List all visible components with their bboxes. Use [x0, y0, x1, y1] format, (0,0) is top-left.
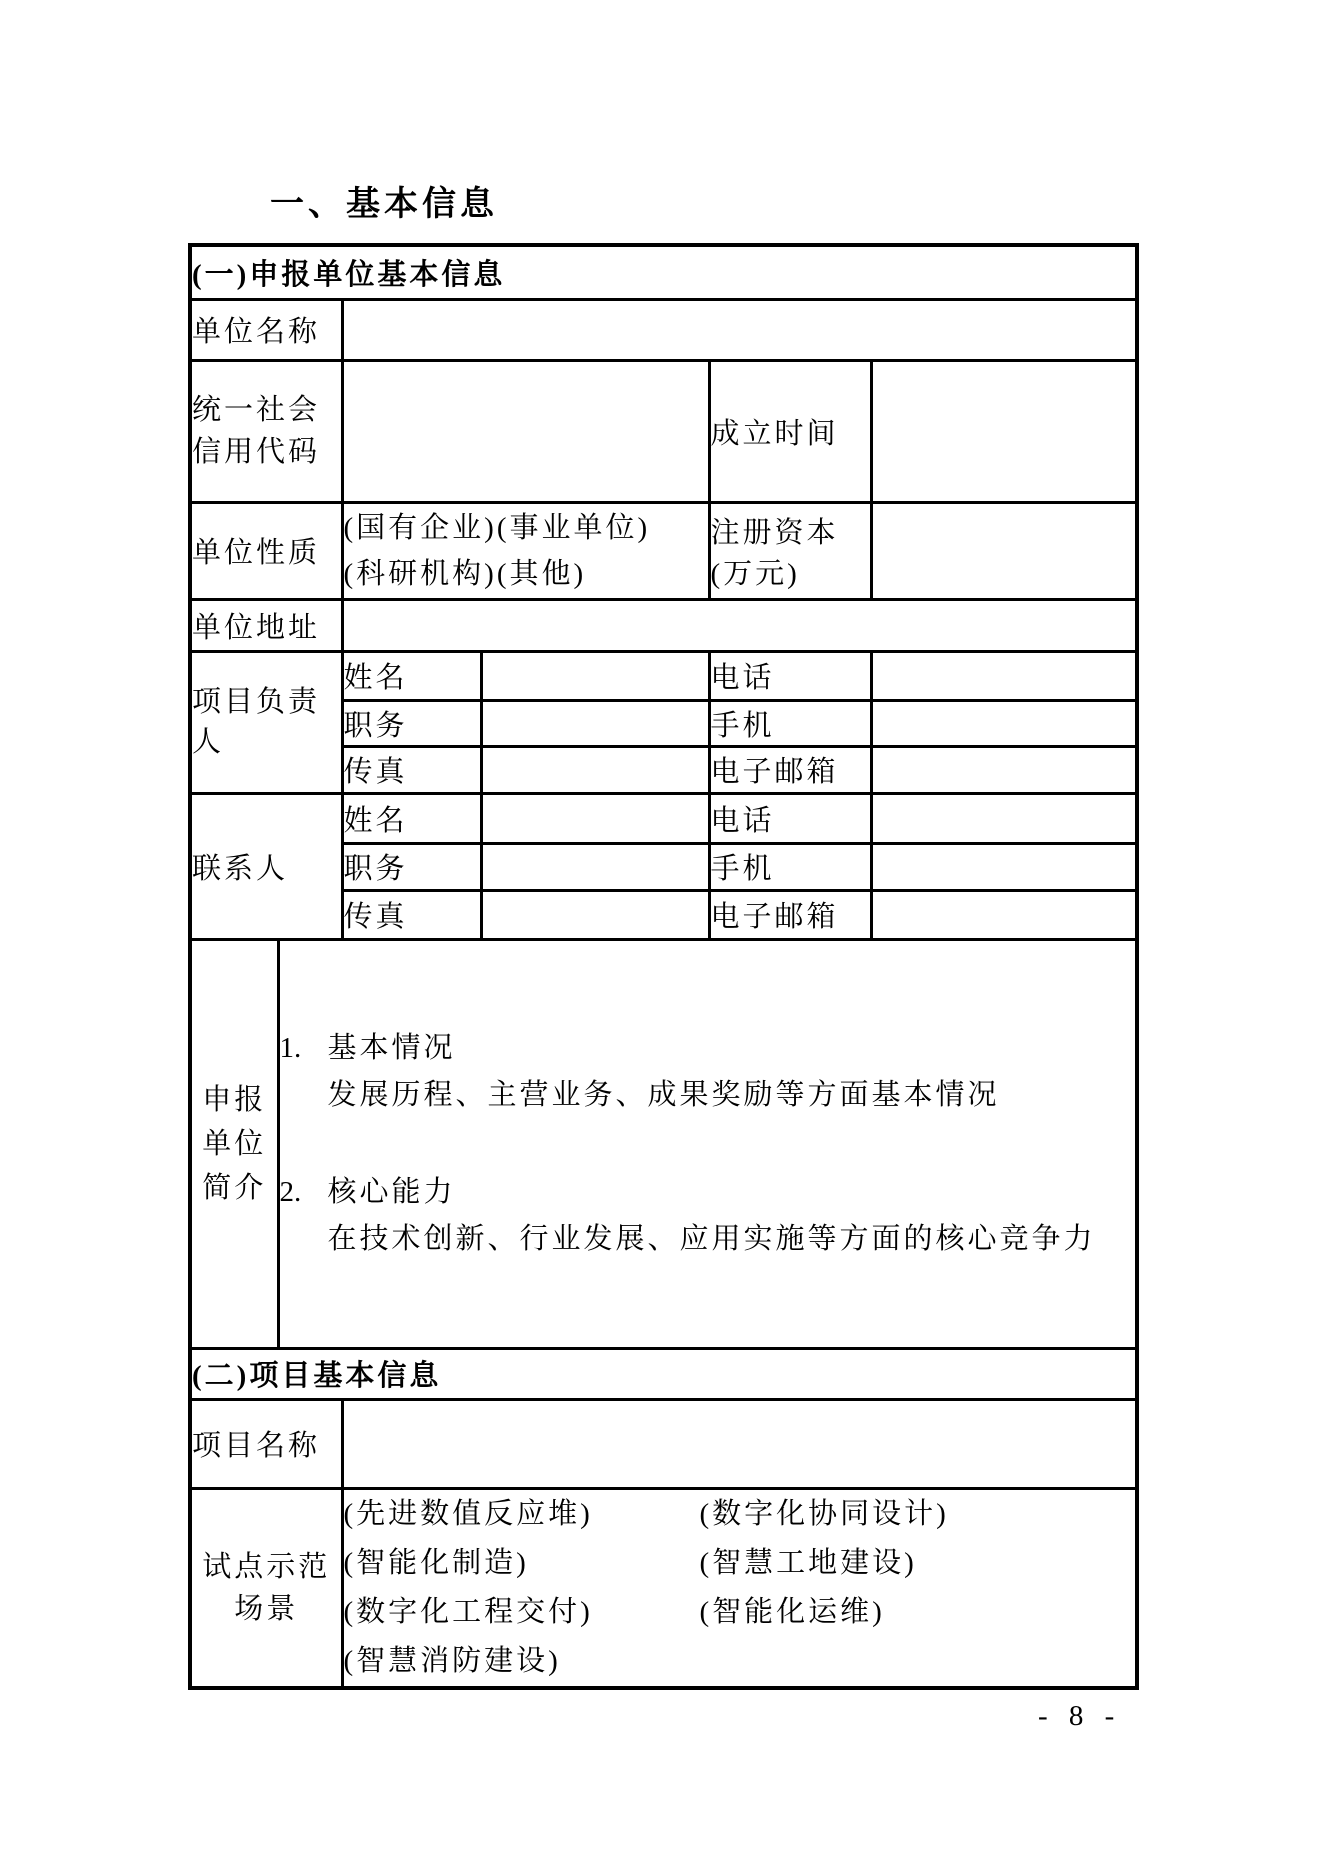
unit-nature-options-line2: (科研机构)(其他) [344, 551, 708, 597]
leader-phone-label: 电话 [709, 651, 871, 700]
unit-nature-label: 单位性质 [190, 502, 342, 599]
leader-phone-value[interactable] [871, 651, 1137, 700]
intro-item-number: 1. [280, 1025, 328, 1072]
applicant-intro-label: 申报 单位 简介 [190, 939, 278, 1348]
leader-position-label: 职务 [342, 700, 481, 746]
intro-item-basic-desc: 发展历程、主营业务、成果奖励等方面基本情况 [280, 1072, 1136, 1119]
table-row: 项目名称 [190, 1399, 1137, 1488]
scenario-option: (智能化制造) [344, 1539, 700, 1588]
credit-code-value[interactable] [342, 360, 709, 502]
applicant-intro-label-line3: 简介 [192, 1166, 277, 1210]
applicant-intro-label-line1: 申报 [192, 1078, 277, 1122]
scenario-option: (智慧消防建设) [344, 1637, 700, 1686]
leader-email-label: 电子邮箱 [709, 746, 871, 793]
table-row: 单位名称 [190, 299, 1137, 360]
contact-email-label: 电子邮箱 [709, 890, 871, 939]
pilot-scenario-label-line2: 场景 [192, 1588, 341, 1630]
intro-item-core-desc: 在技术创新、行业发展、应用实施等方面的核心竞争力 [280, 1216, 1136, 1263]
contact-fax-label: 传真 [342, 890, 481, 939]
page-title: 一、基本信息 [270, 176, 498, 225]
intro-item-basic: 1.基本情况 发展历程、主营业务、成果奖励等方面基本情况 [280, 1025, 1136, 1119]
intro-item-title-text: 基本情况 [328, 1032, 456, 1064]
unit-name-value[interactable] [342, 299, 1137, 360]
table-row: 统一社会 信用代码 成立时间 [190, 360, 1137, 502]
leader-mobile-value[interactable] [871, 700, 1137, 746]
unit-nature-options-line1: (国有企业)(事业单位) [344, 505, 708, 551]
leader-fax-value[interactable] [481, 746, 709, 793]
unit-address-label: 单位地址 [190, 599, 342, 651]
registered-capital-value[interactable] [871, 502, 1137, 599]
section2-header: (二)项目基本信息 [190, 1348, 1137, 1399]
unit-name-label: 单位名称 [190, 299, 342, 360]
table-row: 单位性质 (国有企业)(事业单位) (科研机构)(其他) 注册资本 (万元) [190, 502, 1137, 599]
project-name-value[interactable] [342, 1399, 1137, 1488]
founding-time-label: 成立时间 [709, 360, 871, 502]
unit-address-value[interactable] [342, 599, 1137, 651]
pilot-scenario-label-line1: 试点示范 [192, 1546, 341, 1588]
intro-item-core-title: 2.核心能力 [280, 1169, 1136, 1216]
contact-position-value[interactable] [481, 843, 709, 890]
intro-item-core: 2.核心能力 在技术创新、行业发展、应用实施等方面的核心竞争力 [280, 1169, 1136, 1263]
section1-header-row: (一)申报单位基本信息 [190, 245, 1137, 299]
page-number: - 8 - [1038, 1700, 1121, 1733]
intro-item-title-text: 核心能力 [328, 1176, 456, 1208]
scenario-option: (先进数值反应堆) [344, 1490, 700, 1539]
contact-phone-label: 电话 [709, 793, 871, 843]
scenario-option: (数字化协同设计) [700, 1490, 949, 1539]
applicant-intro-label-line2: 单位 [192, 1122, 277, 1166]
project-leader-label: 项目负责 人 [190, 651, 342, 793]
contact-phone-value[interactable] [871, 793, 1137, 843]
table-row: 单位地址 [190, 599, 1137, 651]
leader-name-value[interactable] [481, 651, 709, 700]
project-leader-label-line2: 人 [192, 722, 341, 762]
contact-position-label: 职务 [342, 843, 481, 890]
project-name-label: 项目名称 [190, 1399, 342, 1488]
intro-item-number: 2. [280, 1169, 328, 1216]
scenario-option: (智能化运维) [700, 1588, 949, 1637]
table-row: 联系人 姓名 电话 [190, 793, 1137, 843]
leader-mobile-label: 手机 [709, 700, 871, 746]
contact-name-value[interactable] [481, 793, 709, 843]
scenario-option: (智慧工地建设) [700, 1539, 949, 1588]
pilot-scenario-label: 试点示范 场景 [190, 1488, 342, 1688]
leader-name-label: 姓名 [342, 651, 481, 700]
unit-nature-options: (国有企业)(事业单位) (科研机构)(其他) [342, 502, 709, 599]
contact-mobile-value[interactable] [871, 843, 1137, 890]
registered-capital-label-line2: (万元) [711, 551, 870, 592]
registered-capital-label-line1: 注册资本 [711, 510, 870, 551]
leader-email-value[interactable] [871, 746, 1137, 793]
contact-mobile-label: 手机 [709, 843, 871, 890]
project-leader-label-line1: 项目负责 [192, 682, 341, 722]
contact-name-label: 姓名 [342, 793, 481, 843]
table-row: 项目负责 人 姓名 电话 [190, 651, 1137, 700]
table-row: 申报 单位 简介 1.基本情况 发展历程、主营业务、成果奖励等方面基本情况 2.… [190, 939, 1137, 1348]
founding-time-value[interactable] [871, 360, 1137, 502]
application-form-table: (一)申报单位基本信息 单位名称 统一社会 信用代码 成立时间 单位性质 (国有… [188, 243, 1139, 1690]
credit-code-label-line2: 信用代码 [192, 431, 341, 473]
contact-fax-value[interactable] [481, 890, 709, 939]
scenario-options-right-column: (数字化协同设计) (智慧工地建设) (智能化运维) [700, 1490, 949, 1637]
credit-code-label-line1: 统一社会 [192, 389, 341, 431]
contact-email-value[interactable] [871, 890, 1137, 939]
scenario-option: (数字化工程交付) [344, 1588, 700, 1637]
table-row: 试点示范 场景 (先进数值反应堆) (智能化制造) (数字化工程交付) (智慧消… [190, 1488, 1137, 1688]
leader-fax-label: 传真 [342, 746, 481, 793]
leader-position-value[interactable] [481, 700, 709, 746]
scenario-options-left-column: (先进数值反应堆) (智能化制造) (数字化工程交付) (智慧消防建设) [344, 1490, 700, 1686]
applicant-intro-content[interactable]: 1.基本情况 发展历程、主营业务、成果奖励等方面基本情况 2.核心能力 在技术创… [278, 939, 1137, 1348]
intro-item-basic-title: 1.基本情况 [280, 1025, 1136, 1072]
section1-header: (一)申报单位基本信息 [190, 245, 1137, 299]
section2-header-row: (二)项目基本信息 [190, 1348, 1137, 1399]
credit-code-label: 统一社会 信用代码 [190, 360, 342, 502]
contact-label: 联系人 [190, 793, 342, 939]
registered-capital-label: 注册资本 (万元) [709, 502, 871, 599]
pilot-scenario-options: (先进数值反应堆) (智能化制造) (数字化工程交付) (智慧消防建设) (数字… [342, 1488, 1137, 1688]
